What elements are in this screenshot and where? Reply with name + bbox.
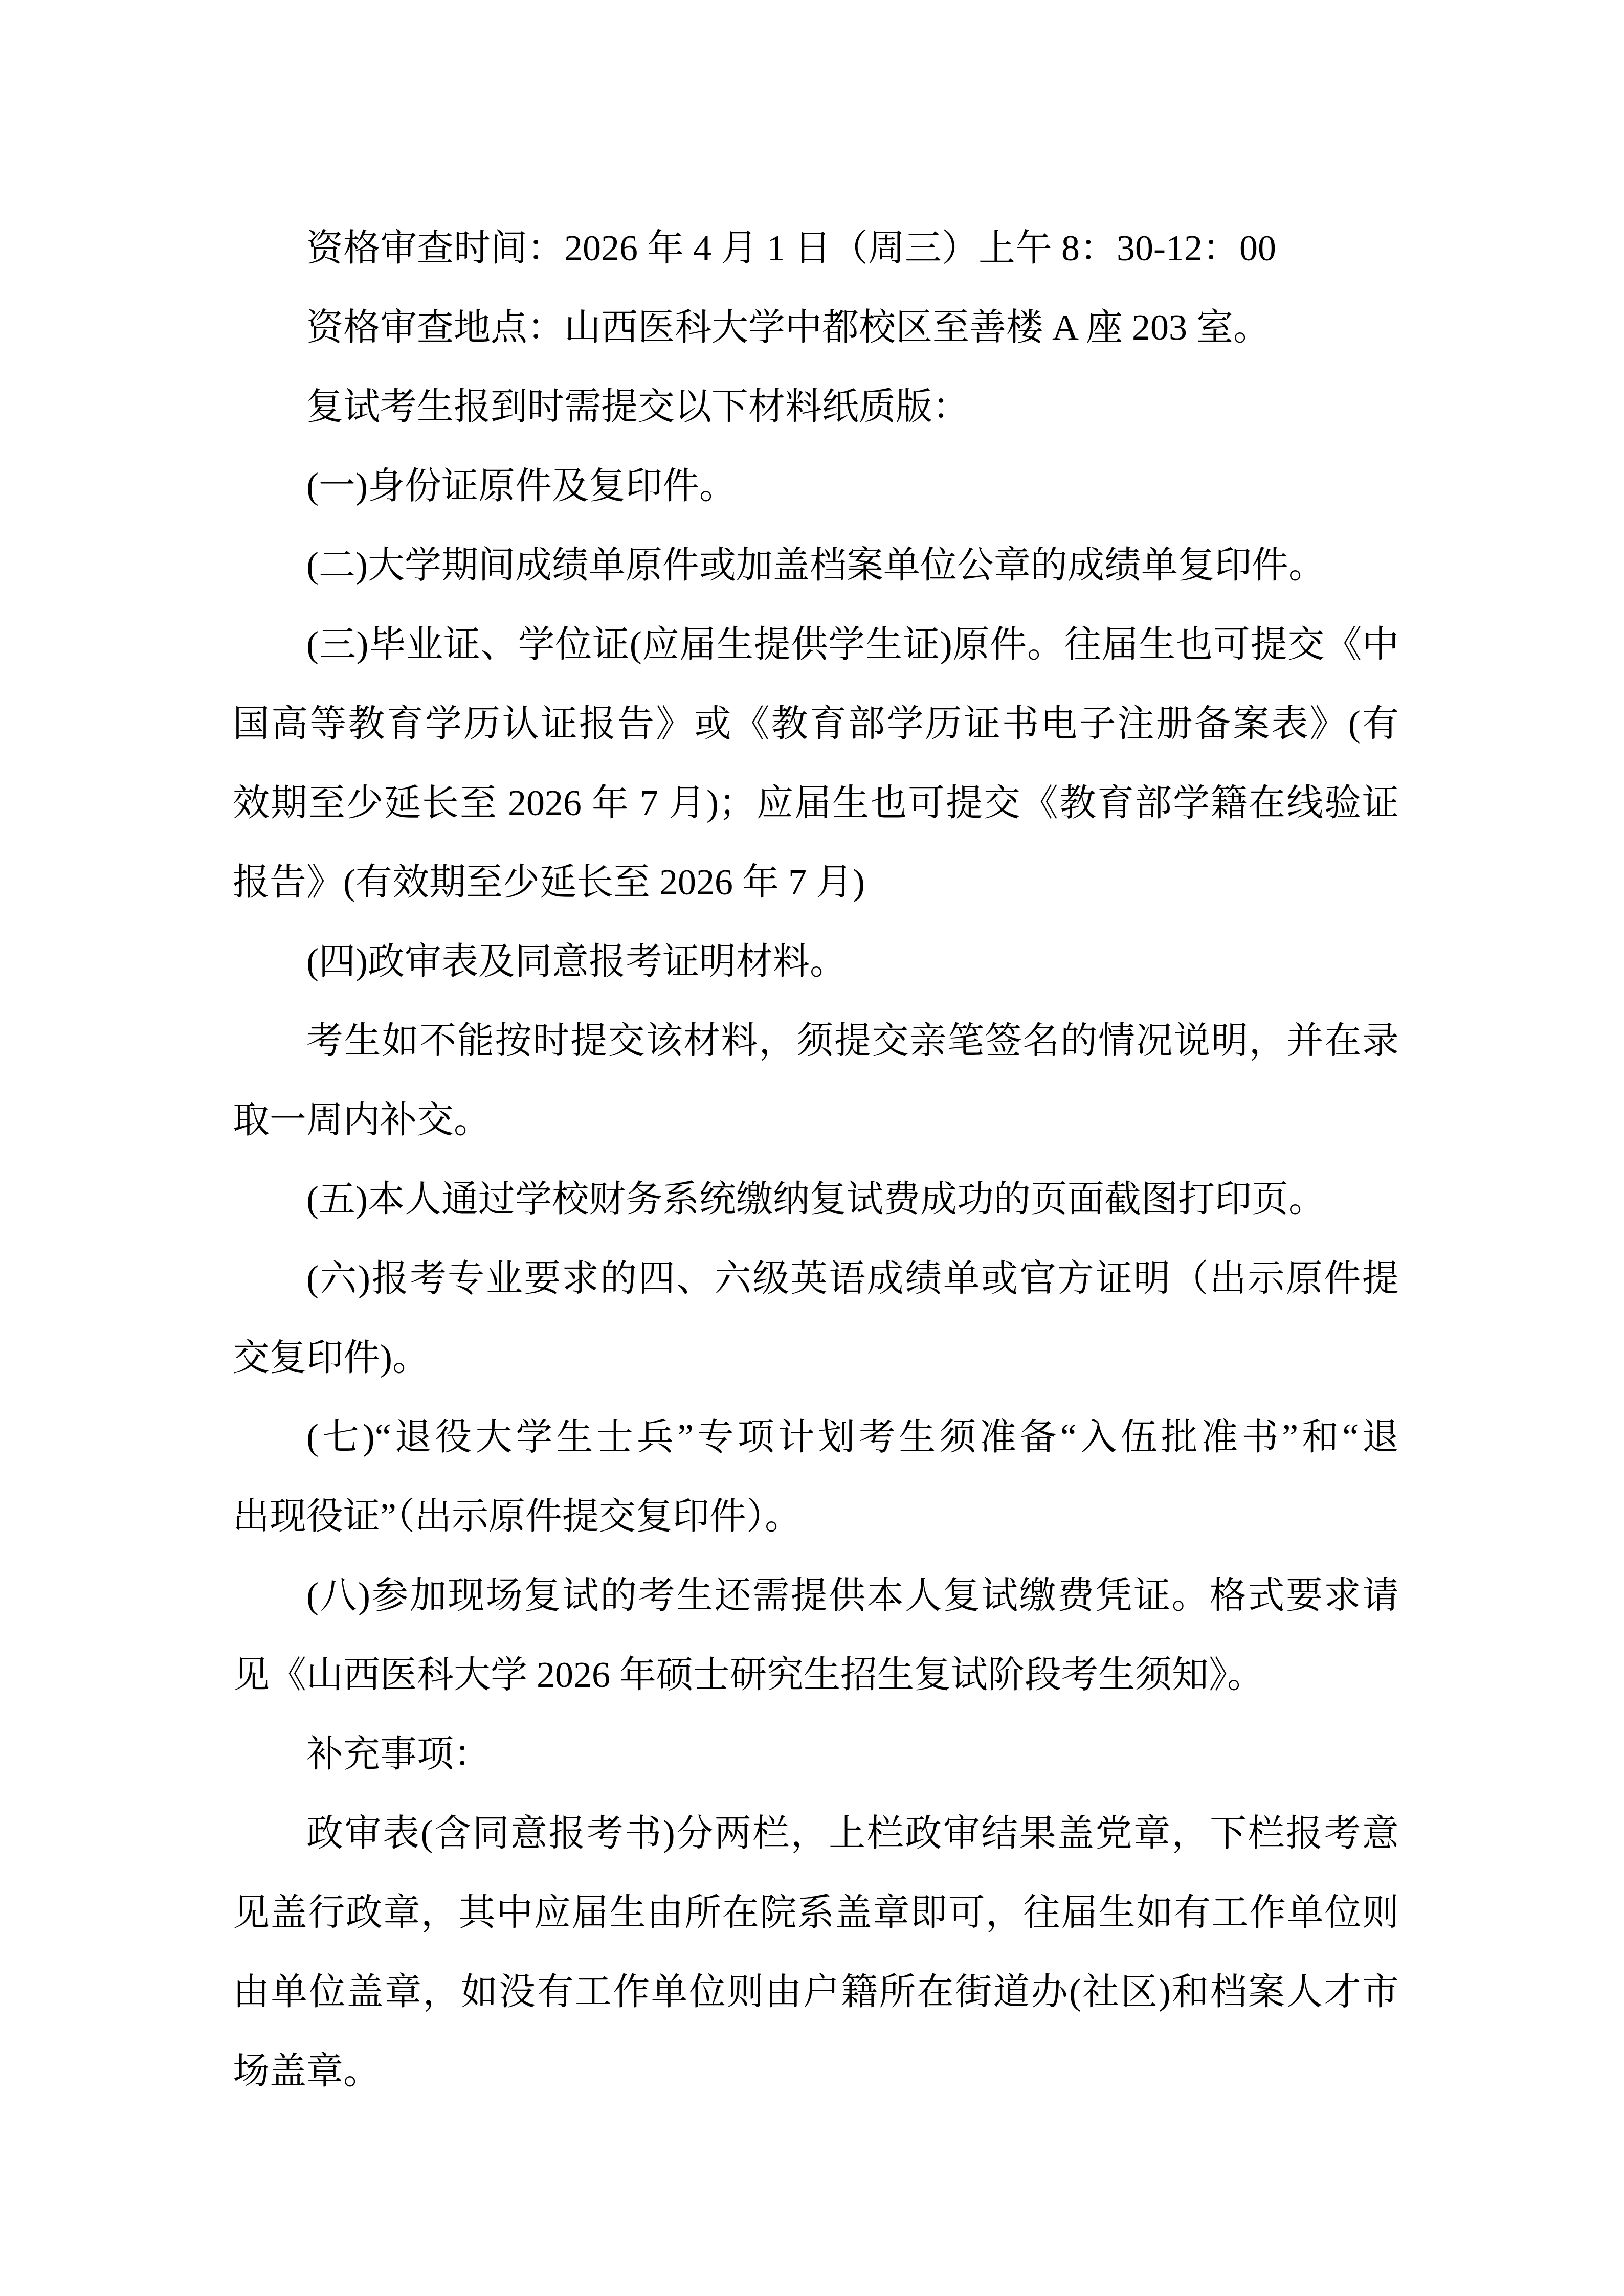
text-line: (六)报考专业要求的四、六级英语成绩单或官方证明（出示原件提	[233, 1239, 1399, 1318]
text-line: (八)参加现场复试的考生还需提供本人复试缴费凭证。格式要求请	[233, 1556, 1399, 1635]
text-line: (四)政审表及同意报考证明材料。	[233, 922, 1399, 1001]
text-line: 交复印件)。	[233, 1318, 1399, 1398]
text-line: 由单位盖章，如没有工作单位则由户籍所在街道办(社区)和档案人才市	[233, 1952, 1399, 2032]
text-line: 资格审查地点：山西医科大学中都校区至善楼 A 座 203 室。	[233, 288, 1399, 367]
text-line: 见《山西医科大学 2026 年硕士研究生招生复试阶段考生须知》。	[233, 1635, 1399, 1715]
text-line: (五)本人通过学校财务系统缴纳复试费成功的页面截图打印页。	[233, 1160, 1399, 1239]
document-body: 资格审查时间：2026 年 4 月 1 日（周三）上午 8：30-12：00资格…	[233, 209, 1399, 2111]
text-line: 考生如不能按时提交该材料，须提交亲笔签名的情况说明，并在录	[233, 1001, 1399, 1081]
text-line: 复试考生报到时需提交以下材料纸质版：	[233, 367, 1399, 446]
document-page: 资格审查时间：2026 年 4 月 1 日（周三）上午 8：30-12：00资格…	[0, 0, 1624, 2296]
text-line: 补充事项：	[233, 1715, 1399, 1794]
text-line: (七)“退役大学生士兵”专项计划考生须准备“入伍批准书”和“退	[233, 1398, 1399, 1477]
text-line: 资格审查时间：2026 年 4 月 1 日（周三）上午 8：30-12：00	[233, 209, 1399, 288]
text-line: (二)大学期间成绩单原件或加盖档案单位公章的成绩单复印件。	[233, 526, 1399, 605]
text-line: (一)身份证原件及复印件。	[233, 446, 1399, 526]
text-line: 政审表(含同意报考书)分两栏，上栏政审结果盖党章，下栏报考意	[233, 1794, 1399, 1873]
text-line: 出现役证”（出示原件提交复印件）。	[233, 1477, 1399, 1556]
text-line: (三)毕业证、学位证(应届生提供学生证)原件。往届生也可提交《中	[233, 605, 1399, 684]
text-line: 见盖行政章，其中应届生由所在院系盖章即可，往届生如有工作单位则	[233, 1873, 1399, 1952]
text-line: 国高等教育学历认证报告》或《教育部学历证书电子注册备案表》(有	[233, 684, 1399, 763]
text-line: 场盖章。	[233, 2032, 1399, 2111]
text-line: 取一周内补交。	[233, 1081, 1399, 1160]
text-line: 报告》(有效期至少延长至 2026 年 7 月)	[233, 843, 1399, 922]
text-line: 效期至少延长至 2026 年 7 月)；应届生也可提交《教育部学籍在线验证	[233, 763, 1399, 843]
